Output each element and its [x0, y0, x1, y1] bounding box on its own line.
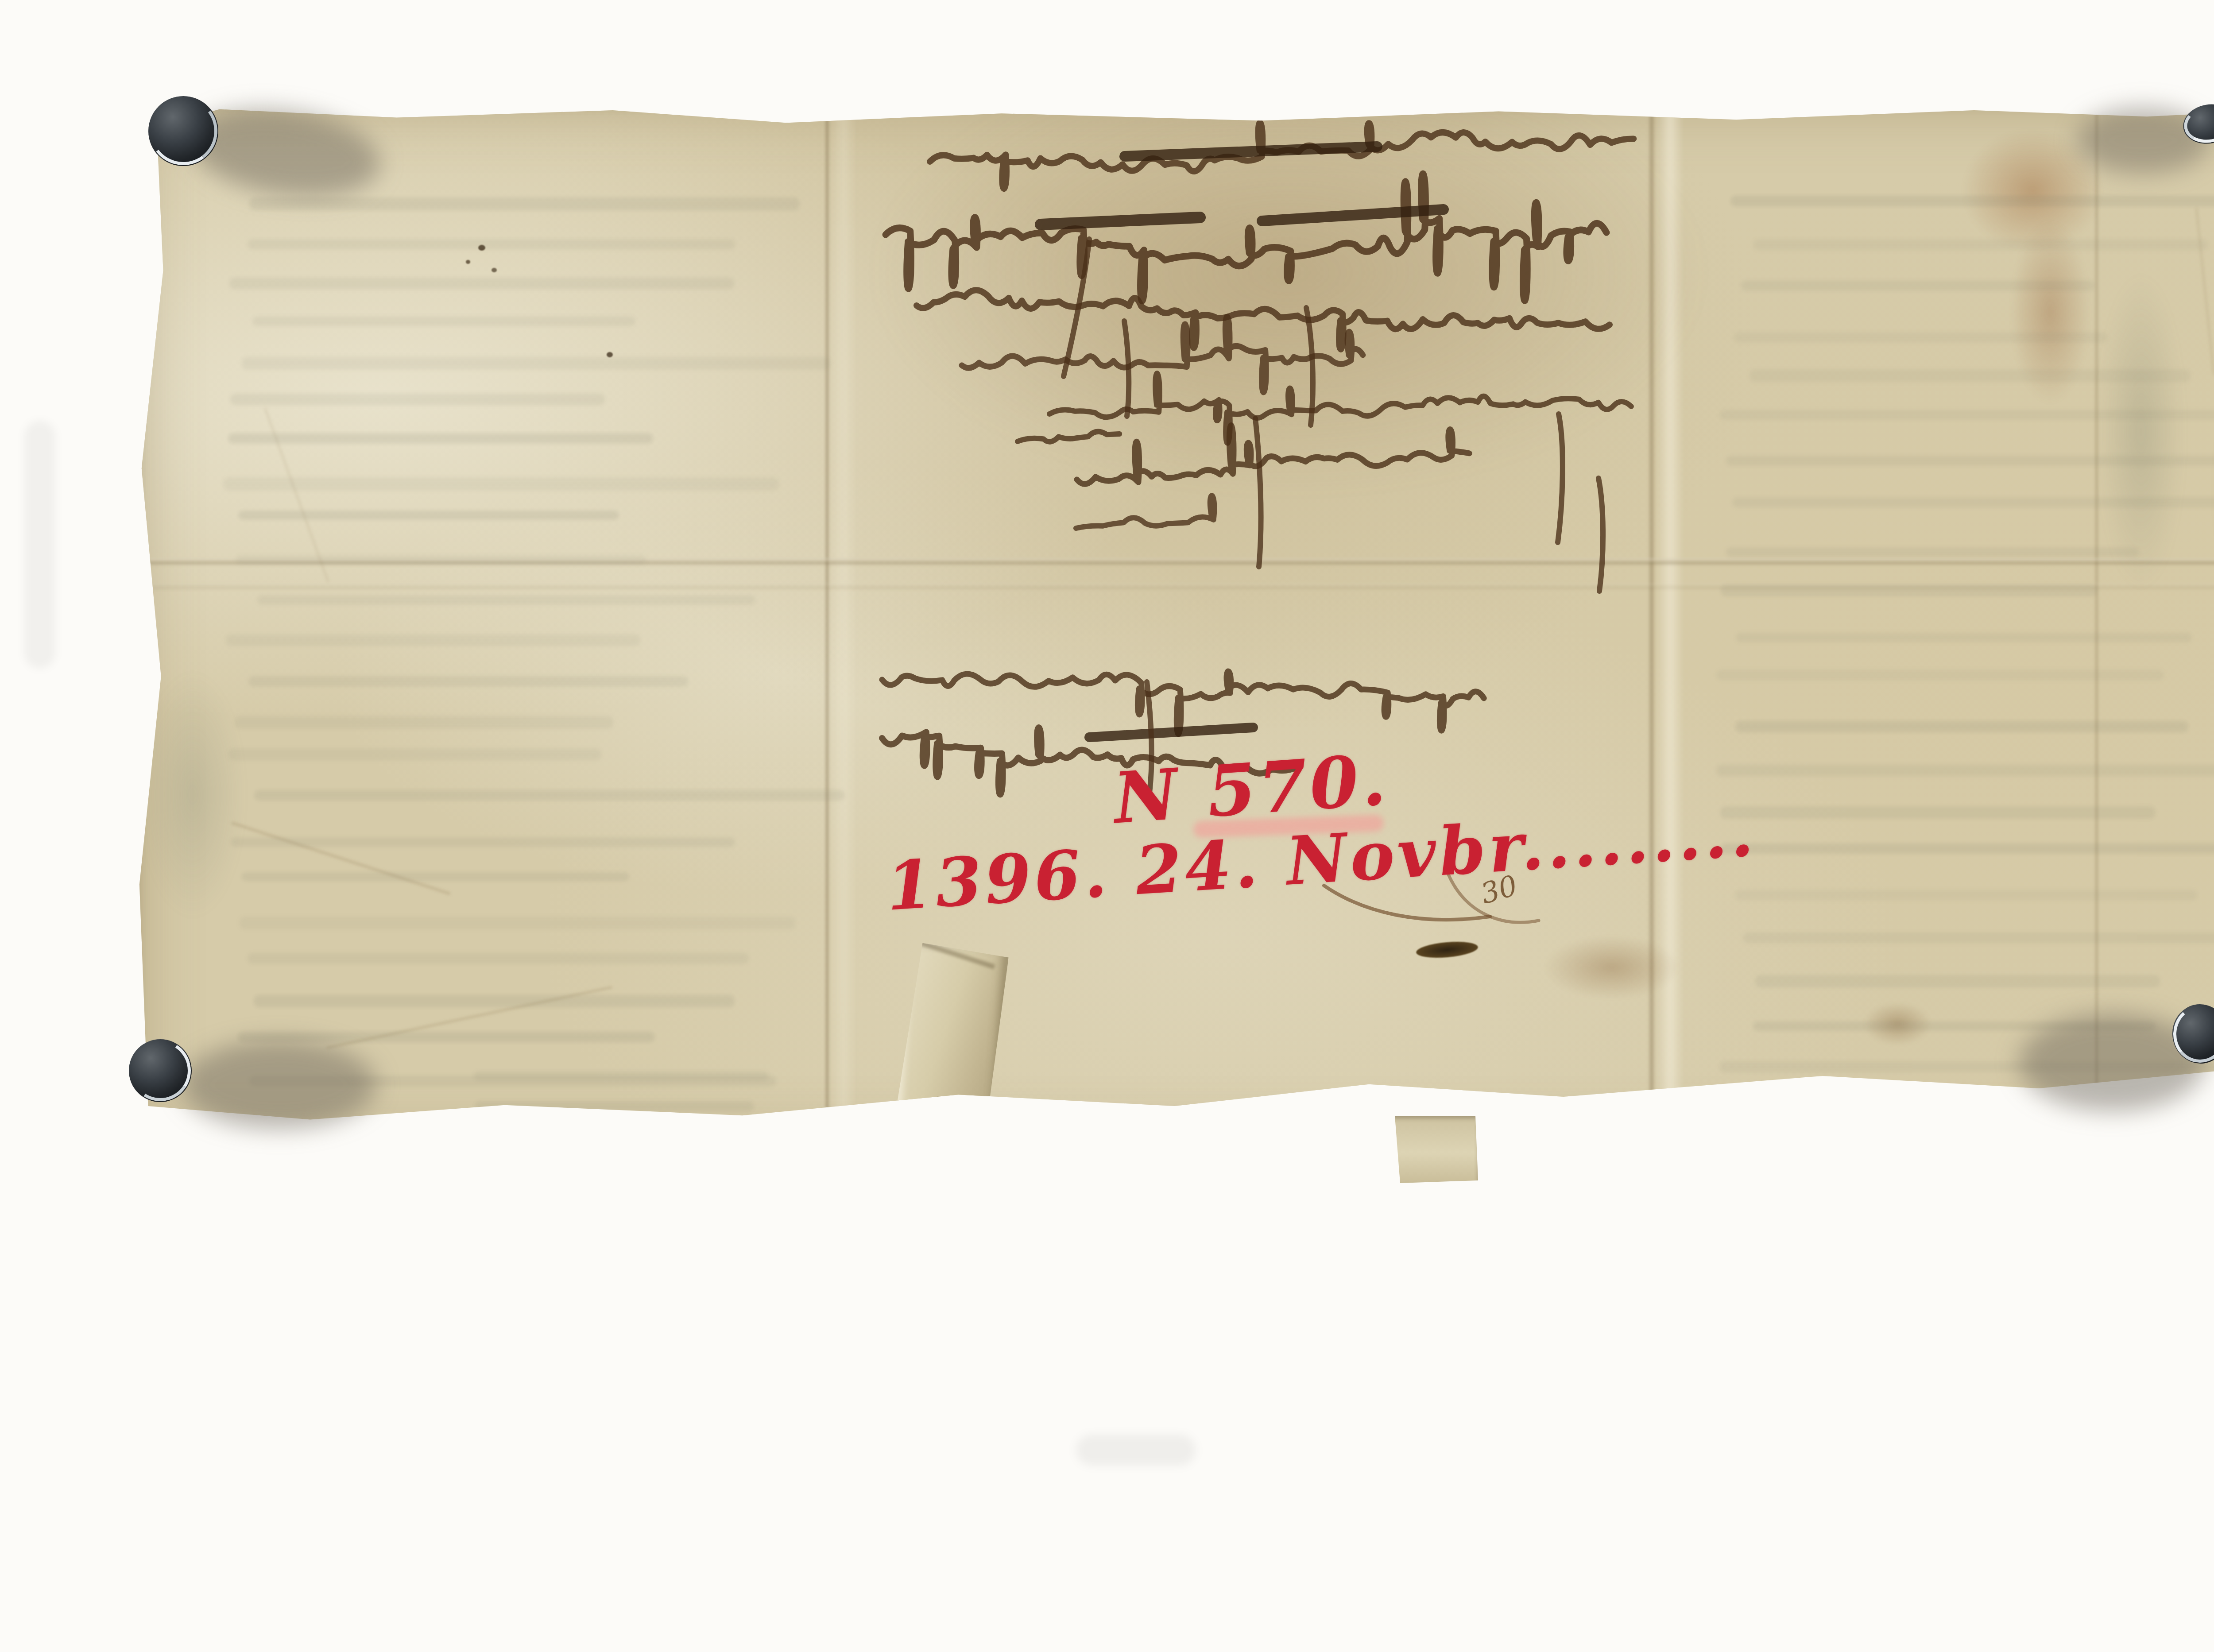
ink-script-line [1077, 426, 1469, 484]
ink-script-line [917, 290, 1610, 349]
ink-flourish [1599, 478, 1603, 591]
ink-script-line [962, 317, 1363, 392]
ink-handwriting [137, 104, 2214, 1145]
ink-flourish [1306, 308, 1313, 425]
paperweight-bottom-left [129, 1039, 192, 1102]
ink-script-line [930, 123, 1633, 189]
ink-strikethrough [1041, 217, 1200, 224]
background-smudge [1076, 1435, 1196, 1466]
ink-flourish [1558, 414, 1563, 542]
weight-shadow [182, 1041, 376, 1129]
parchment-charter: N 570. 1396. 24. Novbr......... 30 [137, 104, 2214, 1145]
seal-tag-tab [1390, 1116, 1478, 1183]
ink-strikethrough [1125, 147, 1377, 156]
paperweight-top-left [148, 96, 218, 166]
ink-flourish [1255, 418, 1261, 567]
ink-strikethrough [1089, 727, 1253, 737]
charter-scan: N 570. 1396. 24. Novbr......... 30 Centi… [0, 0, 2214, 1652]
ink-script-line [882, 671, 1484, 734]
ink-strikethrough [1262, 209, 1444, 221]
ink-script-line [1049, 373, 1631, 443]
background-smudge [24, 421, 55, 669]
ink-script-line [1018, 432, 1119, 442]
ink-script-line [886, 174, 1606, 301]
ink-script-line [1076, 495, 1214, 528]
